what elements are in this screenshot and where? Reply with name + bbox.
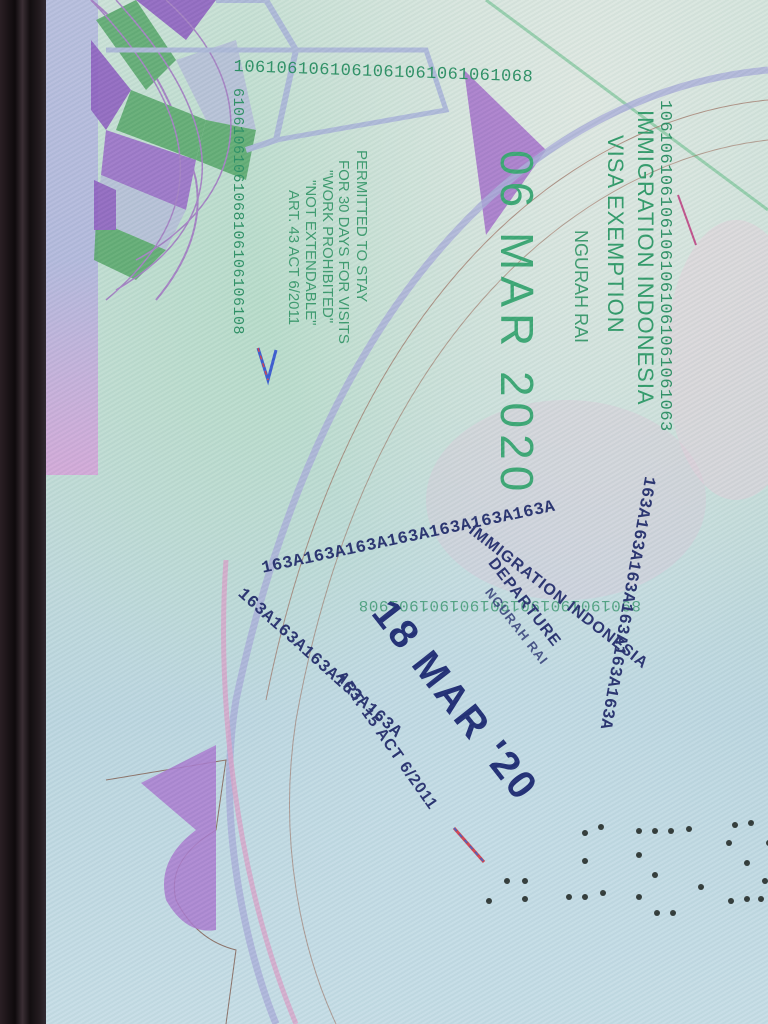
- entry-stamp-condition-1: PERMITTED TO STAY: [353, 150, 370, 302]
- guilloche-ornament: [91, 0, 446, 300]
- entry-stamp-date: 06 MAR 2020: [490, 150, 544, 497]
- entry-stamp-condition-5: ART. 43 ACT 6/2011: [285, 190, 302, 325]
- entry-stamp-condition-3: "WORK PROHIBITED": [319, 170, 336, 323]
- passport-page: 1061061061061061061061061068 10610610610…: [46, 0, 768, 1024]
- entry-stamp-serial-left: 61061061061068106106106108: [229, 88, 246, 335]
- purple-shape-bottom: [141, 745, 216, 931]
- entry-stamp-port: NGURAH RAI: [570, 230, 591, 343]
- entry-stamp-condition-4: "NOT EXTENDABLE": [302, 180, 319, 325]
- entry-stamp-condition-2: FOR 30 DAYS FOR VISITS: [335, 160, 352, 344]
- passport-binding-edge: [0, 0, 50, 1024]
- entry-stamp-type: VISA EXEMPTION: [602, 135, 628, 334]
- entry-stamp-authority: IMMIGRATION INDONESIA: [632, 110, 658, 406]
